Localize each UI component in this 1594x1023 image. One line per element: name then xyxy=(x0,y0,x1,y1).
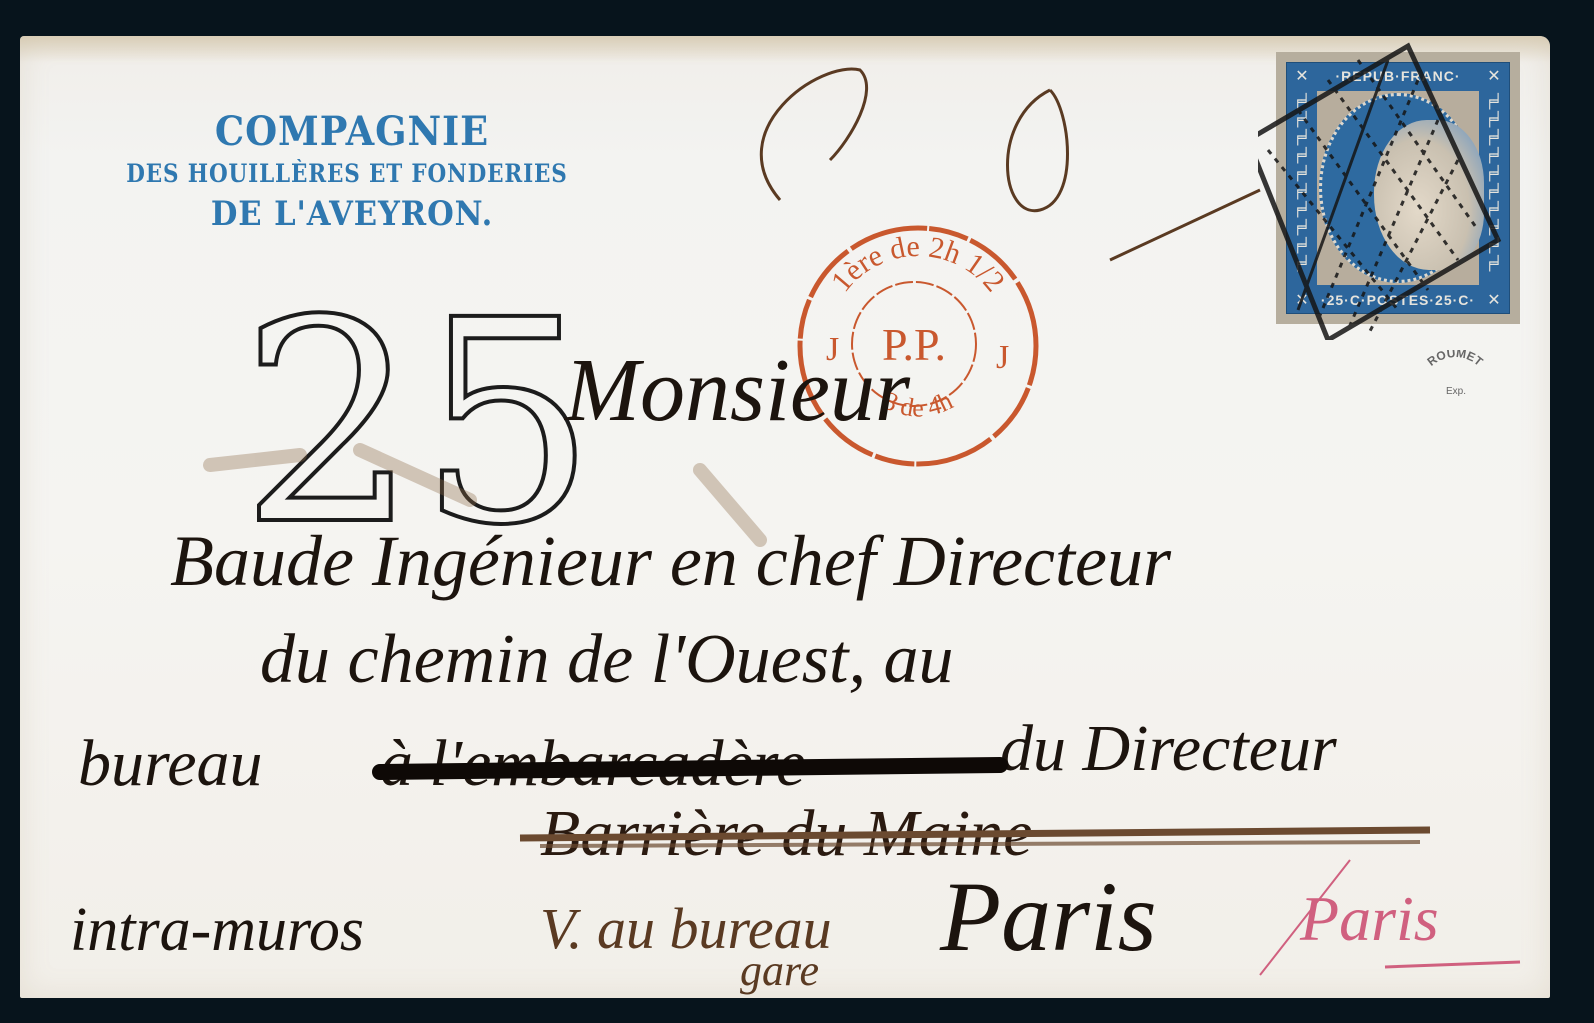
company-letterhead: COMPAGNIE DES HOUILLÈRES ET FONDERIES DE… xyxy=(42,108,662,236)
stamp-corner-icon: ✕ xyxy=(1483,289,1505,311)
postmark-right-letter: J xyxy=(996,339,1009,376)
expert-name: ROUMET xyxy=(1425,350,1487,369)
svg-text:1ère de 2h 1/2: 1ère de 2h 1/2 xyxy=(825,230,1012,298)
postmark-left-letter: J xyxy=(826,331,839,368)
ceres-stamp: ✕ ✕ ✕ ✕ ·REPUB·FRANC· ·25·C·POSTES·25·C·… xyxy=(1276,52,1520,324)
stamp-portrait-panel xyxy=(1317,91,1479,285)
postmark-pp: P.P. xyxy=(882,319,946,370)
expert-signature-mark: ROUMET Exp. xyxy=(1416,350,1496,410)
svg-text:ROUMET: ROUMET xyxy=(1425,350,1487,369)
expert-abbrev: Exp. xyxy=(1446,386,1466,397)
letterhead-line-1: COMPAGNIE xyxy=(67,108,637,156)
stamp-frame: ✕ ✕ ✕ ✕ ·REPUB·FRANC· ·25·C·POSTES·25·C·… xyxy=(1286,62,1510,314)
letterhead-line-3: DE L'AVEYRON. xyxy=(73,192,631,236)
stamp-top-legend: ·REPUB·FRANC· xyxy=(1319,65,1477,87)
stamp-bottom-legend: ·25·C·POSTES·25·C· xyxy=(1319,289,1477,311)
ceres-head-icon xyxy=(1374,120,1484,270)
postmark-top-text: 1ère de 2h 1/2 xyxy=(825,230,1012,298)
greek-key-border-icon: ╒╛╒╛╒╛╒╛╒╛╒╛╒╛╒╛╒╛╒╛ xyxy=(1291,93,1313,283)
stamp-corner-icon: ✕ xyxy=(1291,289,1313,311)
svg-text:3 de 4h: 3 de 4h xyxy=(879,386,957,422)
greek-key-border-icon: ╒╛╒╛╒╛╒╛╒╛╒╛╒╛╒╛╒╛╒╛ xyxy=(1483,93,1505,283)
letterhead-line-2: DES HOUILLÈRES ET FONDERIES xyxy=(76,156,618,192)
red-date-postmark: 1ère de 2h 1/2 3 de 4h J J P.P. xyxy=(790,218,1046,474)
stamp-medallion xyxy=(1319,93,1477,283)
stamp-corner-icon: ✕ xyxy=(1483,65,1505,87)
postmark-bottom-text: 3 de 4h xyxy=(879,386,957,422)
stamp-corner-icon: ✕ xyxy=(1291,65,1313,87)
